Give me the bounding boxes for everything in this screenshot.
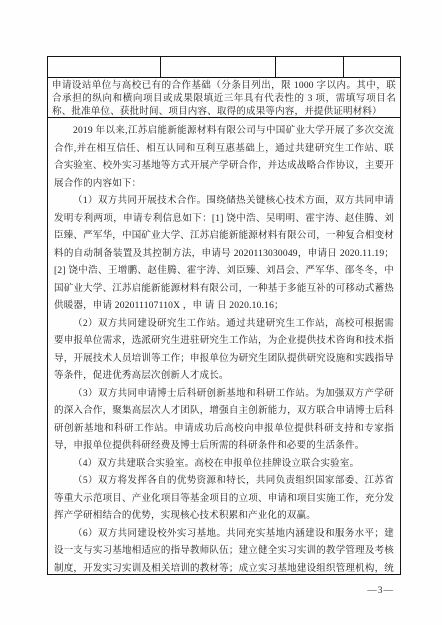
section-header: 申请设站单位与高校已有的合作基础（分条目列出，限 1000 字以内。其中，联合承…	[48, 78, 400, 118]
cooperation-content: 2019 年以来,江苏启能新能源材料有限公司与中国矿业大学开展了多次交流合作,并…	[48, 118, 400, 574]
table-cell-2	[161, 57, 276, 77]
paragraph: （6）双方共同建设校外实习基地。共同充实基地内涵建设和服务水平；建设一支与实习基…	[54, 526, 394, 575]
document-page: 申请设站单位与高校已有的合作基础（分条目列出，限 1000 字以内。其中，联合承…	[0, 0, 442, 625]
paragraph: 2019 年以来,江苏启能新能源材料有限公司与中国矿业大学开展了多次交流合作,并…	[54, 123, 394, 193]
paragraph: （4）双方共建联合实验室。高校在申报单位挂牌设立联合实验室。	[54, 456, 394, 474]
table-cell-4	[344, 57, 400, 77]
paragraph: （3）双方共同申请博士后科研创新基地和科研工作站。为加强双方产学研的深入合作，聚…	[54, 386, 394, 456]
paragraph: （2）双方共同建设研究生工作站。通过共建研究生工作站，高校可根据需要申报单位需求…	[54, 316, 394, 386]
paragraph: （5）双方将发挥各自的优势资源和特长，共同负责组织国家部委、江苏省等重大示范项目…	[54, 473, 394, 526]
table-empty-row	[48, 57, 400, 78]
table-cell-3	[276, 57, 344, 77]
paragraph: （1）双方共同开展技术合作。围绕储热关键核心技术方面，双方共同申请发明专利两项，…	[54, 193, 394, 316]
cooperation-basis-table: 申请设站单位与高校已有的合作基础（分条目列出，限 1000 字以内。其中，联合承…	[47, 56, 401, 575]
table-cell-1	[48, 57, 161, 77]
page-number: —3—	[367, 586, 394, 596]
